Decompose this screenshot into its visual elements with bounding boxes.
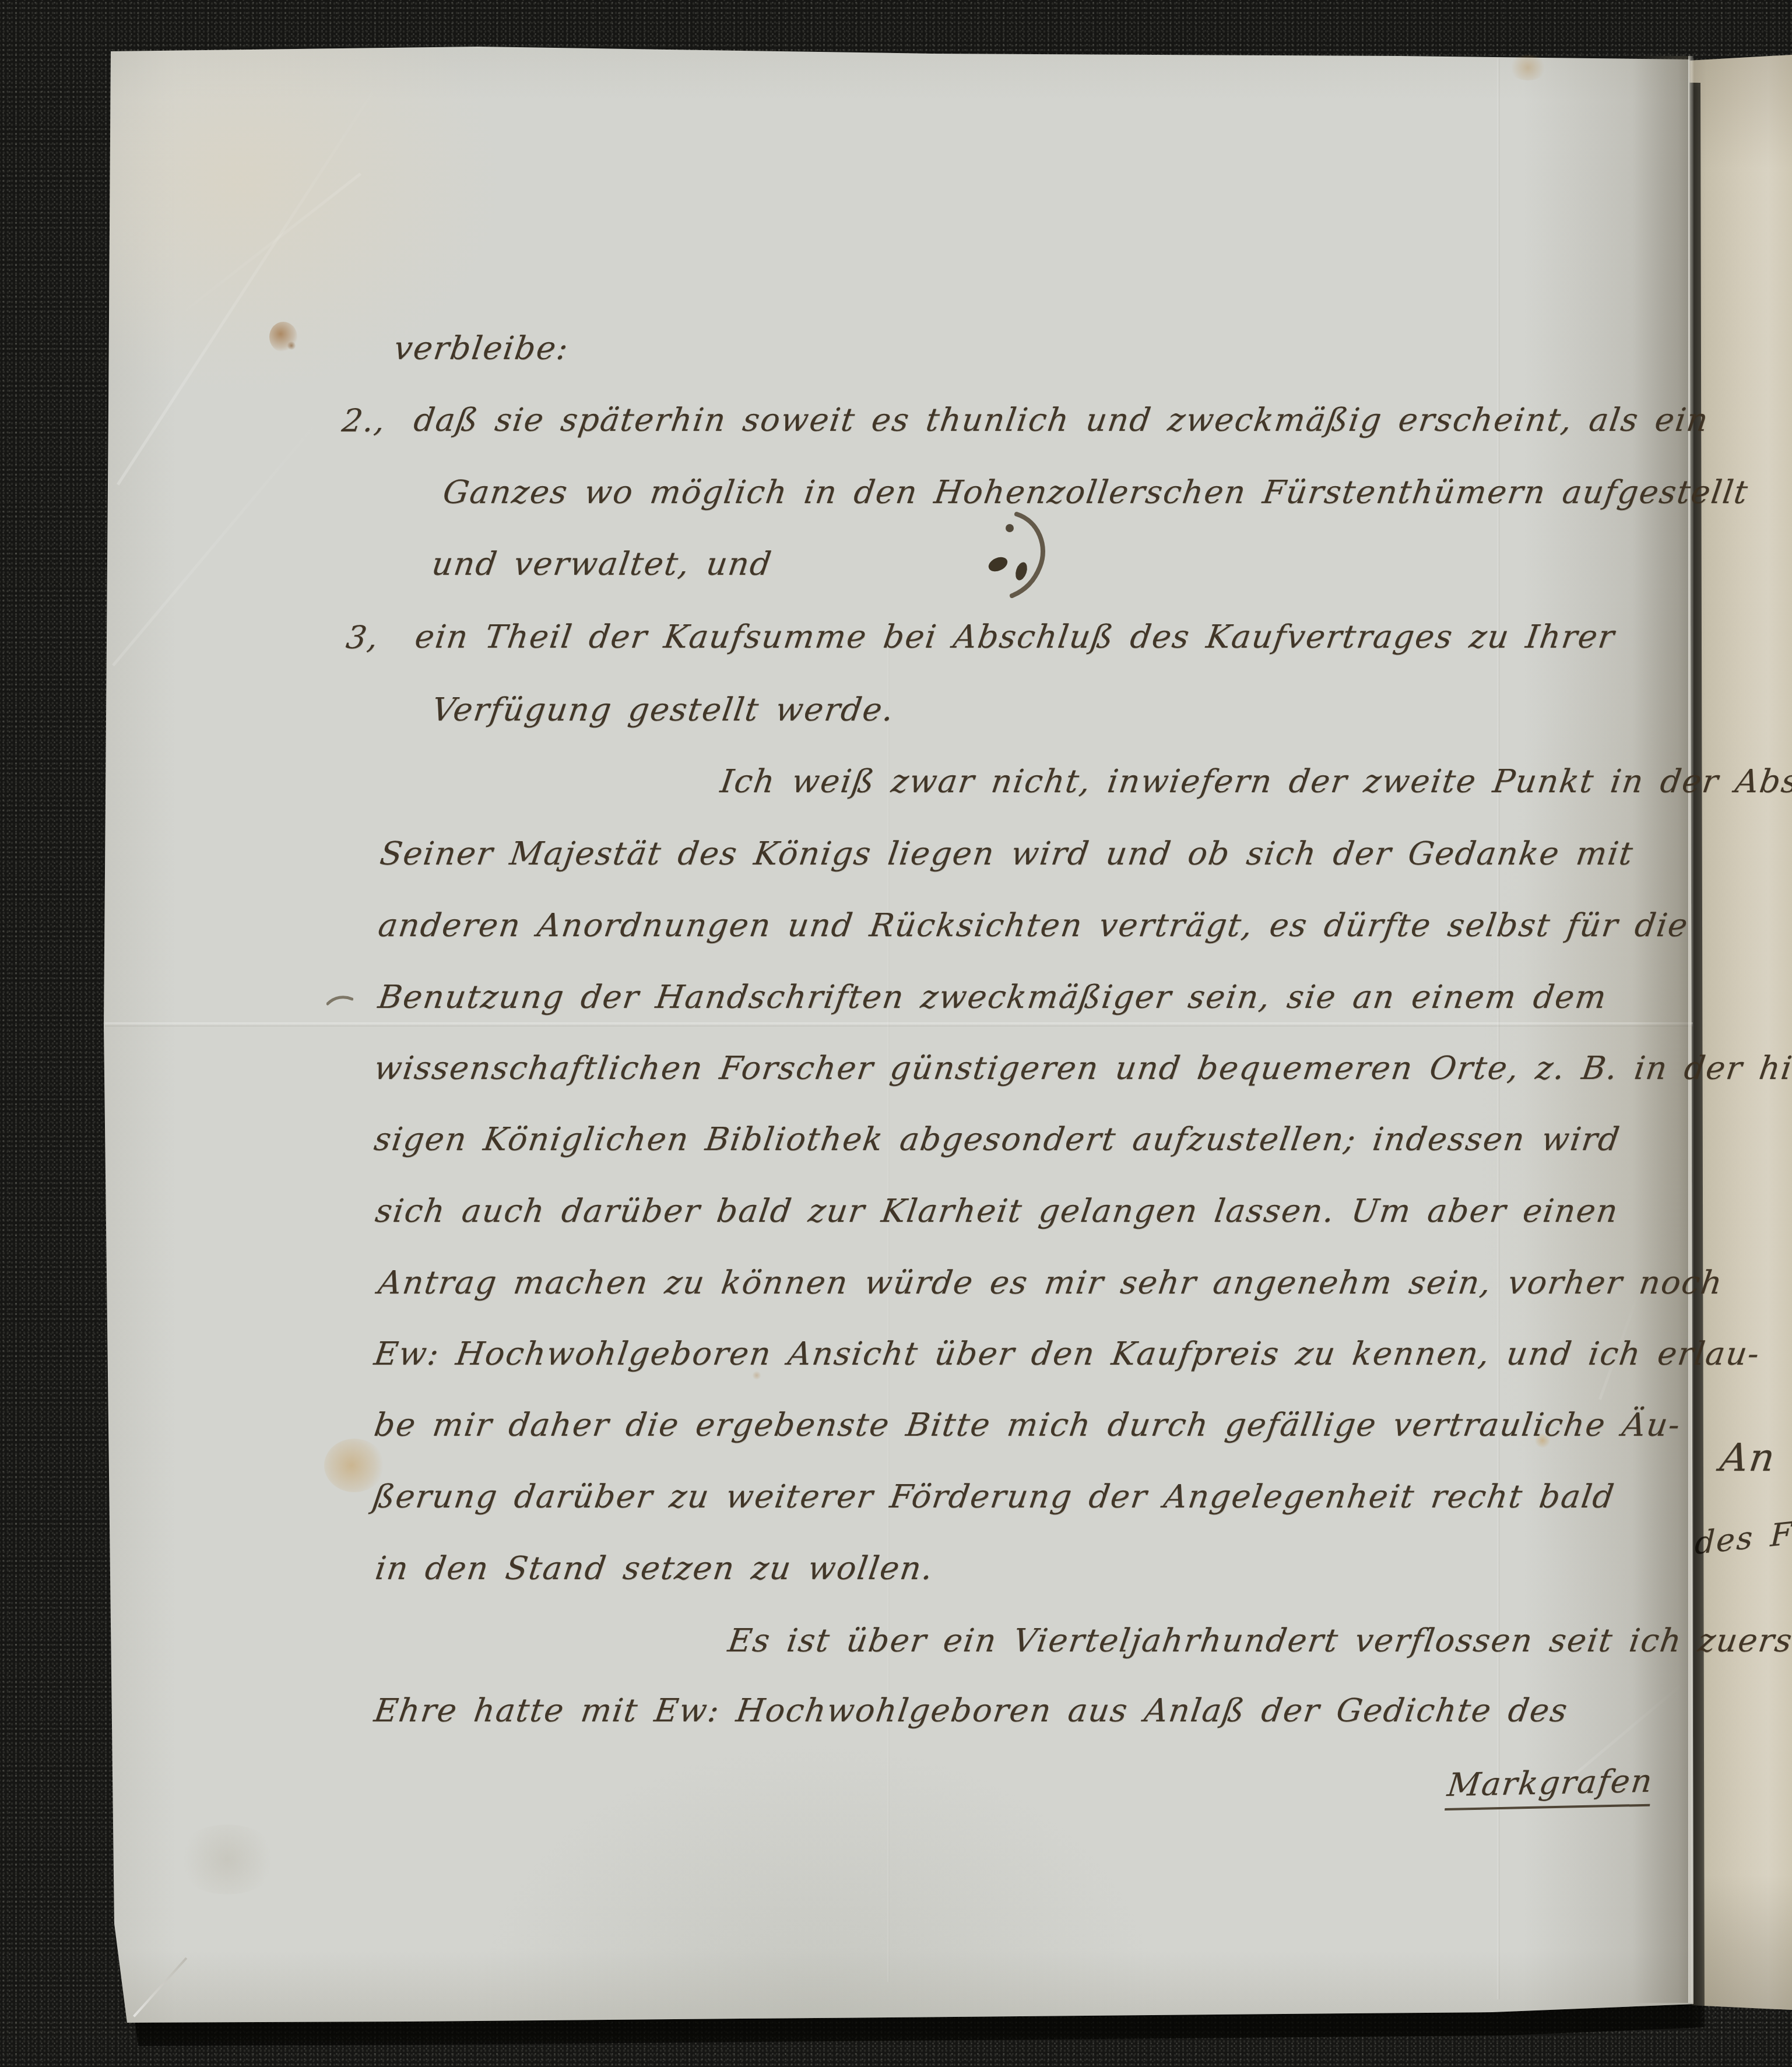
handwritten-line-10: Benutzung der Handschriften zweckmäßiger… (376, 978, 1610, 1015)
list-marker-3: 3, (344, 619, 381, 656)
handwritten-line-20: Ehre hatte mit Ew: Hochwohlgeboren aus A… (372, 1692, 1570, 1729)
handwritten-line-13: sich auch darüber bald zur Klarheit gela… (373, 1192, 1621, 1229)
handwritten-line-12: sigen Königlichen Bibliothek abgesondert… (372, 1120, 1623, 1158)
handwritten-line-17: ßerung darüber zu weiterer Förderung der… (371, 1478, 1617, 1515)
handwritten-line-14: Antrag machen zu können würde es mir seh… (376, 1264, 1726, 1301)
adjacent-page-fragment-an: An (1717, 1435, 1779, 1480)
handwritten-line-18: in den Stand setzen zu wollen. (373, 1549, 936, 1587)
list-marker-2: 2., (340, 402, 389, 439)
handwritten-line-01: verbleibe: (392, 329, 571, 367)
margin-ink-mark (326, 990, 353, 1013)
handwritten-line-05: ein Theil der Kaufsumme bei Abschluß des… (413, 618, 1618, 655)
handwritten-line-15: Ew: Hochwohlgeboren Ansicht über den Kau… (372, 1335, 1763, 1372)
handwritten-line-03: Ganzes wo möglich in den Hohenzollersche… (441, 473, 1751, 511)
letter-page (96, 41, 1699, 2030)
handwritten-line-19: Es ist über ein Vierteljahrhundert verfl… (726, 1622, 1792, 1659)
handwritten-line-02: daß sie späterhin soweit es thunlich und… (412, 401, 1712, 438)
handwritten-line-16: be mir daher die ergebenste Bitte mich d… (372, 1406, 1683, 1443)
handwritten-line-04: und verwaltet, und (430, 545, 775, 582)
handwritten-line-08: Seiner Majestät des Königs liegen wird u… (378, 835, 1636, 872)
handwritten-line-09: anderen Anordnungen und Rücksichten vert… (376, 906, 1691, 944)
handwritten-line-06: Verfügung gestellt werde. (430, 691, 897, 728)
photograph-of-letter: An des Fr verbleibe: 2., daß sie späterh… (0, 0, 1792, 2067)
underlined-word-markgrafen: Markgrafen (1445, 1762, 1655, 1811)
ink-blot (983, 511, 1064, 598)
handwritten-line-07: Ich weiß zwar nicht, inwiefern der zweit… (718, 762, 1792, 800)
handwritten-line-11: wissenschaftlichen Forscher günstigeren … (372, 1049, 1792, 1087)
